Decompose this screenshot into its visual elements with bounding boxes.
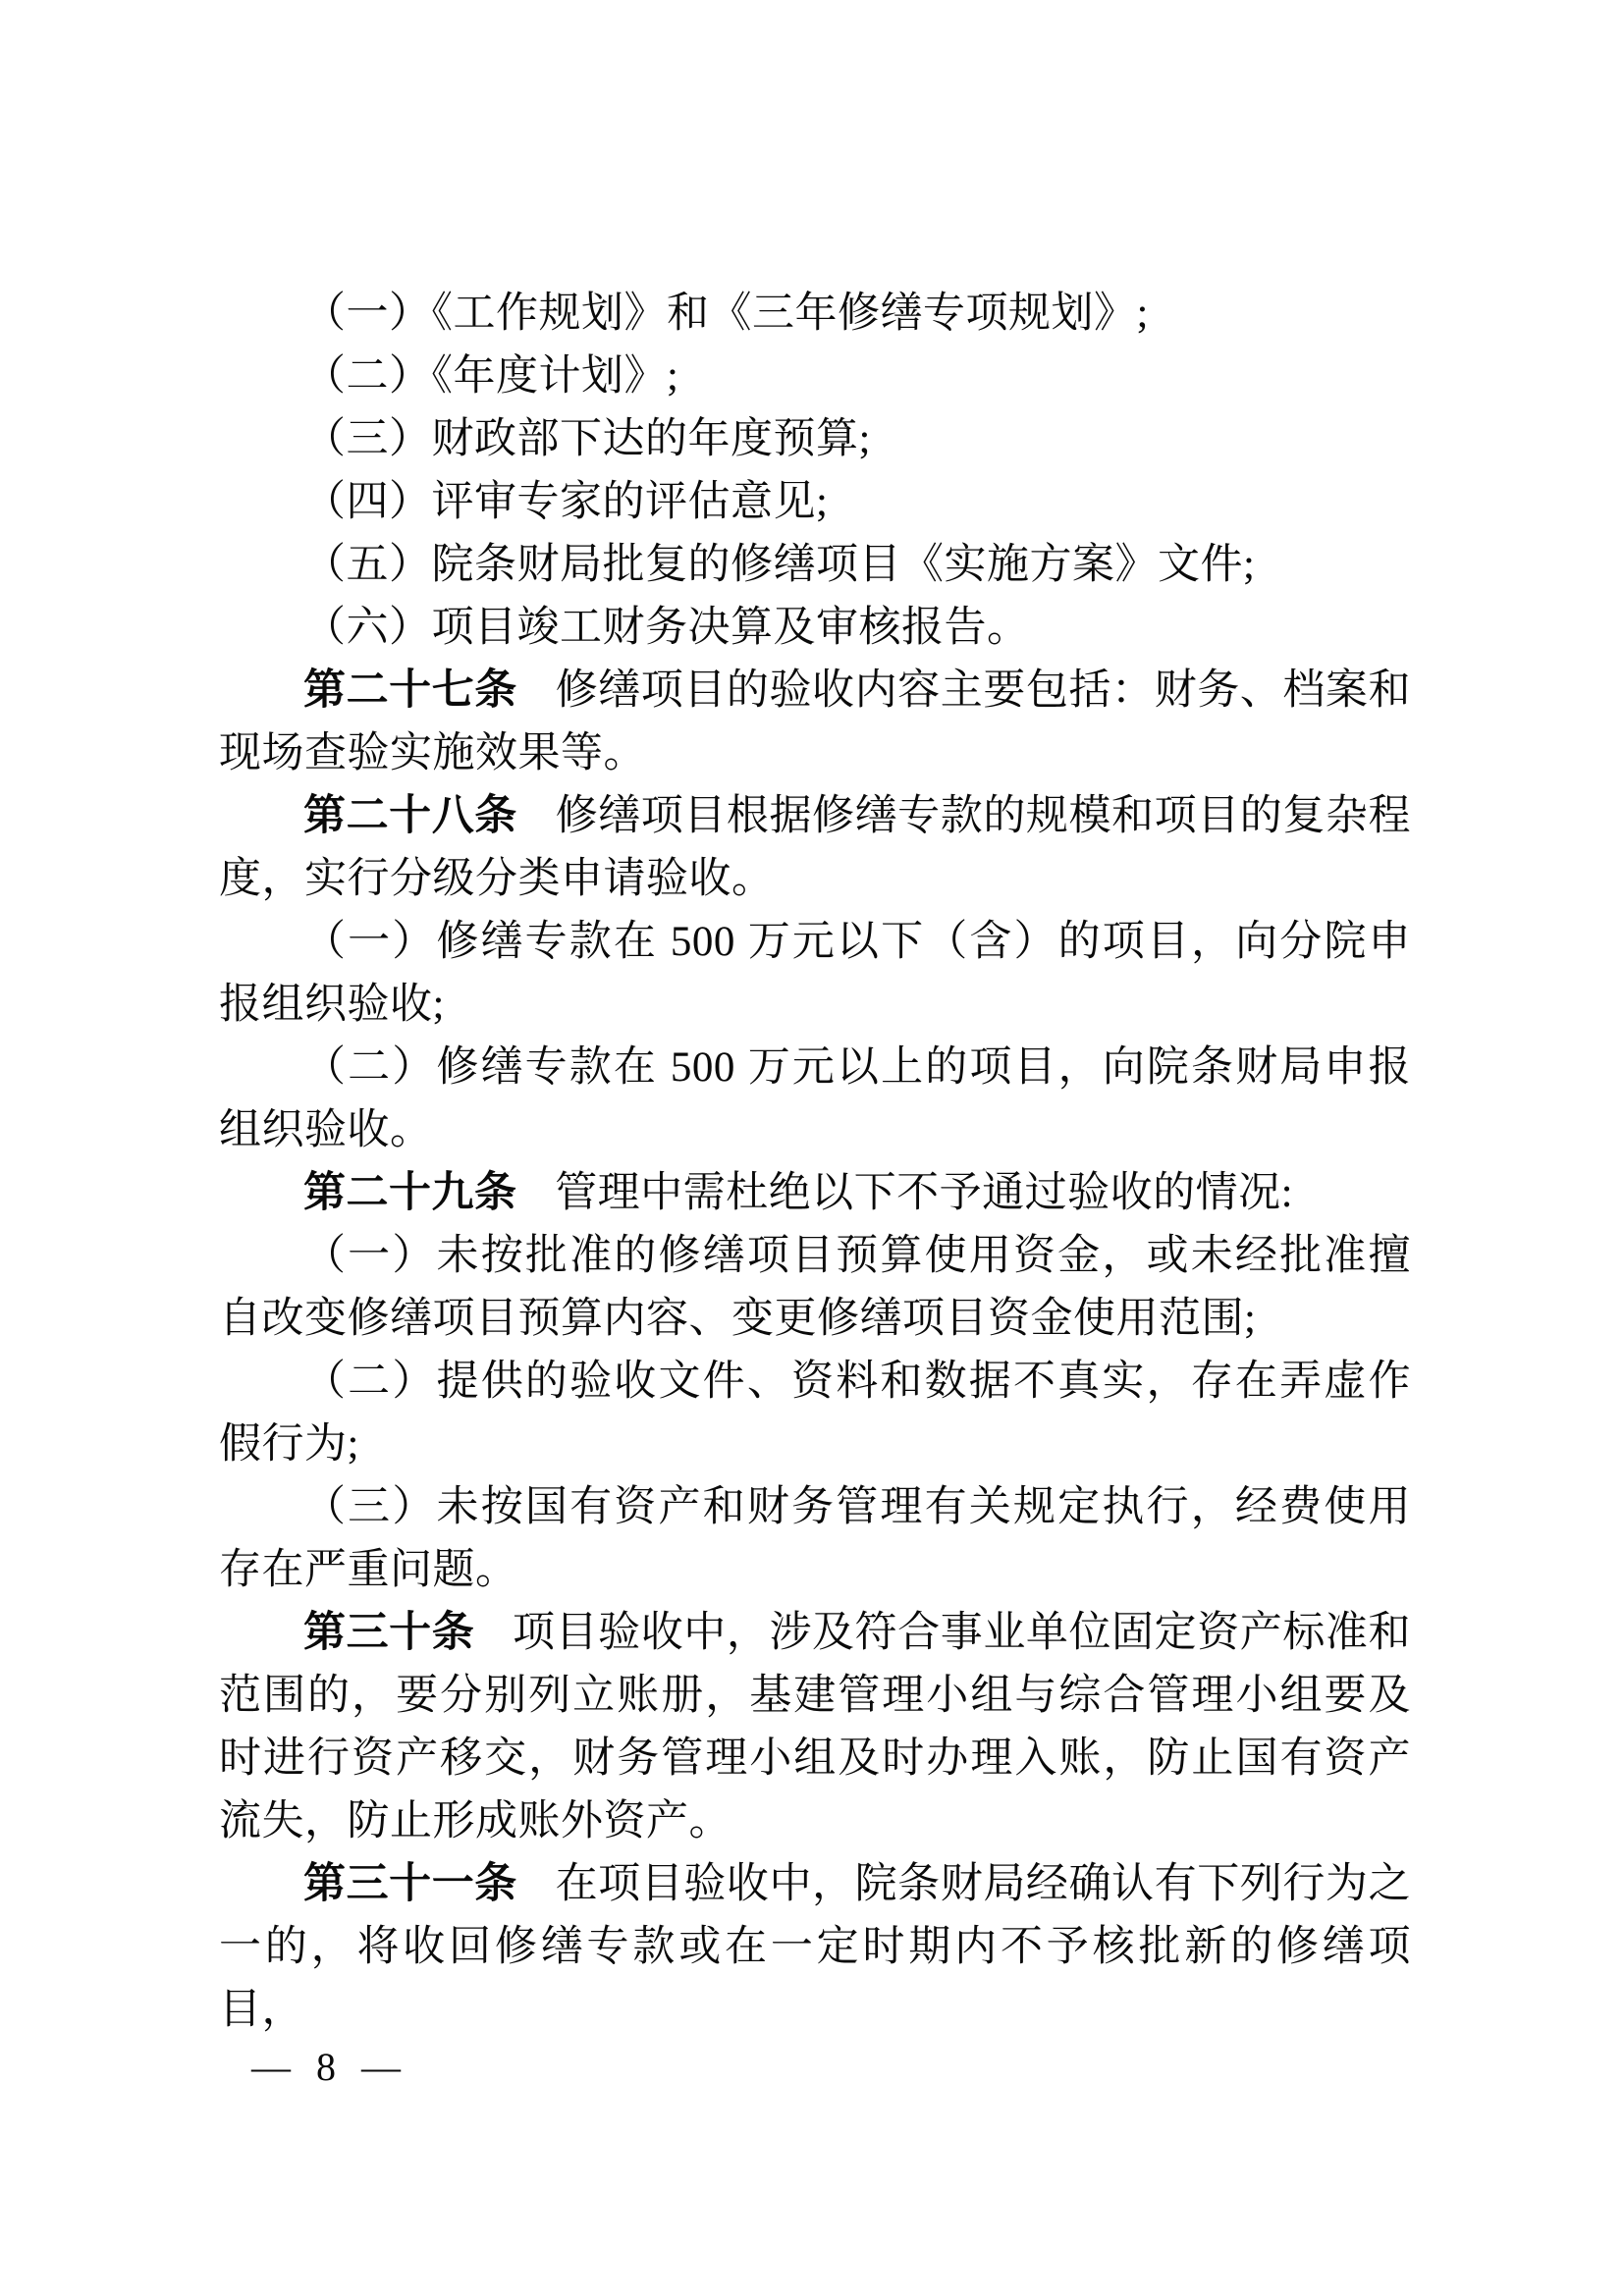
article-paragraph: 第二十九条管理中需杜绝以下不予通过验收的情况: [219,1162,1411,1225]
list-item-paragraph: （一）《工作规划》和《三年修缮专项规划》; [219,283,1411,346]
list-item-paragraph: （二）修缮专款在 500 万元以上的项目，向院条财局申报组织验收。 [219,1037,1411,1162]
page-number: — 8 — [251,2045,401,2089]
list-item-paragraph: （三）财政部下达的年度预算; [219,408,1411,471]
paragraph-text: （二）提供的验收文件、资料和数据不真实，存在弄虚作假行为; [219,1359,1411,1468]
list-item-paragraph: （二）提供的验收文件、资料和数据不真实，存在弄虚作假行为; [219,1351,1411,1476]
article-paragraph: 第三十条项目验收中，涉及符合事业单位固定资产标准和范围的，要分别列立账册，基建管… [219,1602,1411,1853]
list-item-paragraph: （一）未按批准的修缮项目预算使用资金，或未经批准擅自改变修缮项目预算内容、变更修… [219,1225,1411,1351]
paragraph-text: （二）《年度计划》; [303,353,678,400]
article-number: 第二十九条 [303,1170,517,1216]
article-number: 第三十一条 [303,1861,517,1907]
paragraph-text: （一）修缮专款在 500 万元以下（含）的项目，向分院申报组织验收; [219,919,1411,1028]
paragraph-text: （一）未按批准的修缮项目预算使用资金，或未经批准擅自改变修缮项目预算内容、变更修… [219,1233,1411,1342]
article-paragraph: 第二十七条修缮项目的验收内容主要包括：财务、档案和现场查验实施效果等。 [219,660,1411,785]
paragraph-text: （二）修缮专款在 500 万元以上的项目，向院条财局申报组织验收。 [219,1044,1411,1153]
list-item-paragraph: （二）《年度计划》; [219,346,1411,408]
article-number: 第二十八条 [303,793,517,839]
list-item-paragraph: （五）院条财局批复的修缮项目《实施方案》文件; [219,534,1411,597]
list-item-paragraph: （六）项目竣工财务决算及审核报告。 [219,597,1411,660]
document-body: （一）《工作规划》和《三年修缮专项规划》;（二）《年度计划》;（三）财政部下达的… [219,283,1411,2042]
document-page: （一）《工作规划》和《三年修缮专项规划》;（二）《年度计划》;（三）财政部下达的… [0,0,1624,2296]
paragraph-text: （三）财政部下达的年度预算; [303,416,871,462]
article-number: 第三十条 [303,1610,474,1656]
paragraph-text: （六）项目竣工财务决算及审核报告。 [303,605,1030,651]
paragraph-text: 管理中需杜绝以下不予通过验收的情况: [555,1170,1293,1216]
article-paragraph: 第三十一条在项目验收中，院条财局经确认有下列行为之一的，将收回修缮专款或在一定时… [219,1853,1411,2042]
list-item-paragraph: （四）评审专家的评估意见; [219,471,1411,534]
paragraph-text: （五）院条财局批复的修缮项目《实施方案》文件; [303,542,1255,588]
paragraph-text: （三）未按国有资产和财务管理有关规定执行，经费使用存在严重问题。 [219,1484,1411,1593]
paragraph-text: （一）《工作规划》和《三年修缮专项规划》; [303,291,1149,337]
list-item-paragraph: （一）修缮专款在 500 万元以下（含）的项目，向分院申报组织验收; [219,911,1411,1037]
article-number: 第二十七条 [303,667,517,714]
article-paragraph: 第二十八条修缮项目根据修缮专款的规模和项目的复杂程度，实行分级分类申请验收。 [219,785,1411,911]
list-item-paragraph: （三）未按国有资产和财务管理有关规定执行，经费使用存在严重问题。 [219,1476,1411,1602]
paragraph-text: （四）评审专家的评估意见; [303,479,828,525]
page-footer: — 8 — [251,2046,401,2089]
